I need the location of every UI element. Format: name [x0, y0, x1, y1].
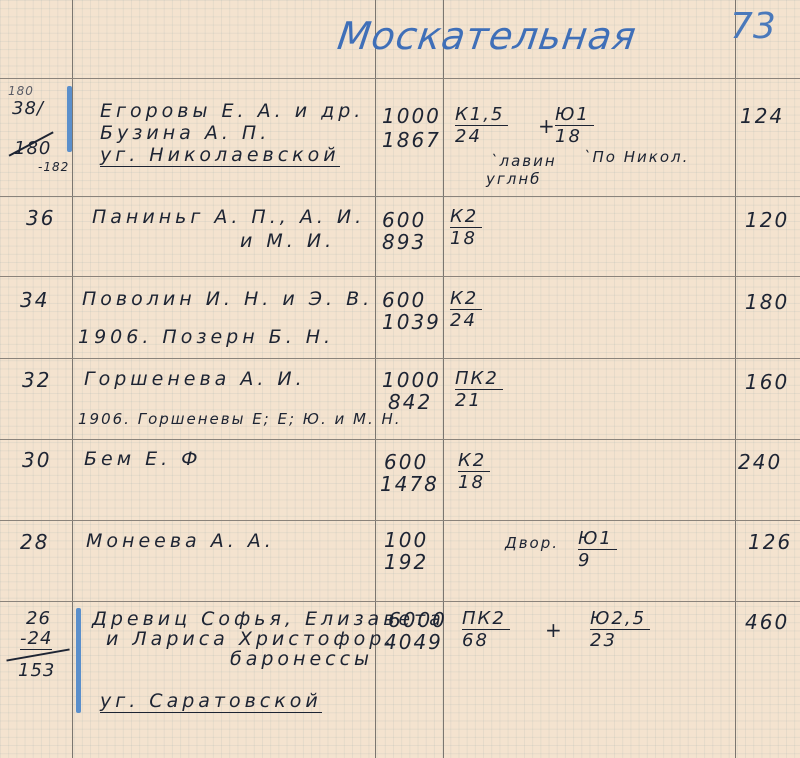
area-top: 100 [384, 528, 428, 552]
value: 460 [745, 610, 789, 634]
street-title: Москательная [335, 14, 640, 58]
area-bottom: 4049 [384, 630, 443, 654]
house-number-sub2: 153 [18, 660, 55, 681]
area-top: 6000 [388, 608, 447, 632]
owner-line: Егоровы Е. А. и др. [100, 100, 364, 122]
owner-line: Бузина А. П. [100, 122, 270, 144]
row-divider [0, 439, 800, 440]
owner-line: Поволин И. Н. и Э. В. [82, 288, 373, 310]
value: 126 [748, 530, 792, 554]
area-bottom: 192 [384, 550, 428, 574]
note: углнб [486, 170, 541, 188]
value: 120 [745, 208, 789, 232]
owner-line: и М. И. [240, 230, 335, 252]
faint-number: 180 [8, 84, 34, 98]
house-number-sub: -24 [20, 628, 52, 649]
value: 180 [745, 290, 789, 314]
class-fraction: К1,5 24 [455, 104, 508, 147]
row-divider [0, 196, 800, 197]
page-number: 73 [730, 6, 776, 47]
class-fraction: Ю1 9 [578, 528, 617, 571]
area-top: 1000 [382, 368, 441, 392]
owner-line: 1906. Позерн Б. Н. [78, 326, 334, 348]
area-top: 600 [382, 288, 426, 312]
owner-line: уг. Николаевской [100, 144, 340, 166]
row-divider [0, 276, 800, 277]
owner-line: Монеева А. А. [86, 530, 275, 552]
value: 240 [738, 450, 782, 474]
class-fraction: К2 18 [458, 450, 490, 493]
owner-line: 1906. Горшеневы Е; Е; Ю. и М. Н. [78, 410, 402, 428]
column-divider [72, 0, 73, 758]
blue-marker [67, 86, 72, 152]
owner-line: и Лариса Христофор. [106, 628, 395, 650]
class-fraction: К2 18 [450, 206, 482, 249]
value: 160 [745, 370, 789, 394]
plus-sign: + [538, 114, 557, 138]
house-number: 28 [20, 530, 49, 554]
prefix-note: Двор. [505, 534, 559, 552]
class-fraction: Ю1 18 [555, 104, 594, 147]
value: 124 [740, 104, 784, 128]
owner-line: баронессы [230, 648, 373, 670]
area-bottom: 1039 [382, 310, 441, 334]
column-divider [735, 0, 736, 758]
note: `По Никол. [583, 148, 689, 166]
owner-line: Горшенева А. И. [84, 368, 306, 390]
house-number: 36 [26, 206, 55, 230]
house-number: 32 [22, 368, 51, 392]
class-fraction: ПК2 21 [455, 368, 503, 411]
class-fraction: К2 24 [450, 288, 482, 331]
area-bottom: 1867 [382, 128, 441, 152]
area-bottom: 1478 [380, 472, 439, 496]
owner-line: Бем Е. Ф [84, 448, 202, 470]
class-fraction: ПК2 68 [462, 608, 510, 651]
row-divider [0, 78, 800, 79]
row-divider [0, 358, 800, 359]
house-number: 38/ [12, 98, 44, 119]
column-divider [443, 0, 444, 758]
blue-marker [76, 608, 81, 713]
note: `лавин [490, 152, 557, 170]
plus-sign: + [545, 618, 564, 642]
house-number: 26 [26, 608, 51, 629]
house-number-sub: 180 [14, 138, 51, 159]
row-divider [0, 520, 800, 521]
class-fraction: Ю2,5 23 [590, 608, 650, 651]
row-divider [0, 601, 800, 602]
house-number: 30 [22, 448, 51, 472]
area-top: 600 [382, 208, 426, 232]
area-bottom: 842 [388, 390, 432, 414]
house-number-sub2: -182 [38, 160, 69, 174]
house-number: 34 [20, 288, 49, 312]
owner-line: Паниньг А. П., А. И. [92, 206, 365, 228]
area-bottom: 893 [382, 230, 426, 254]
owner-line: уг. Саратовской [100, 690, 322, 712]
area-top: 1000 [382, 104, 441, 128]
area-top: 600 [384, 450, 428, 474]
